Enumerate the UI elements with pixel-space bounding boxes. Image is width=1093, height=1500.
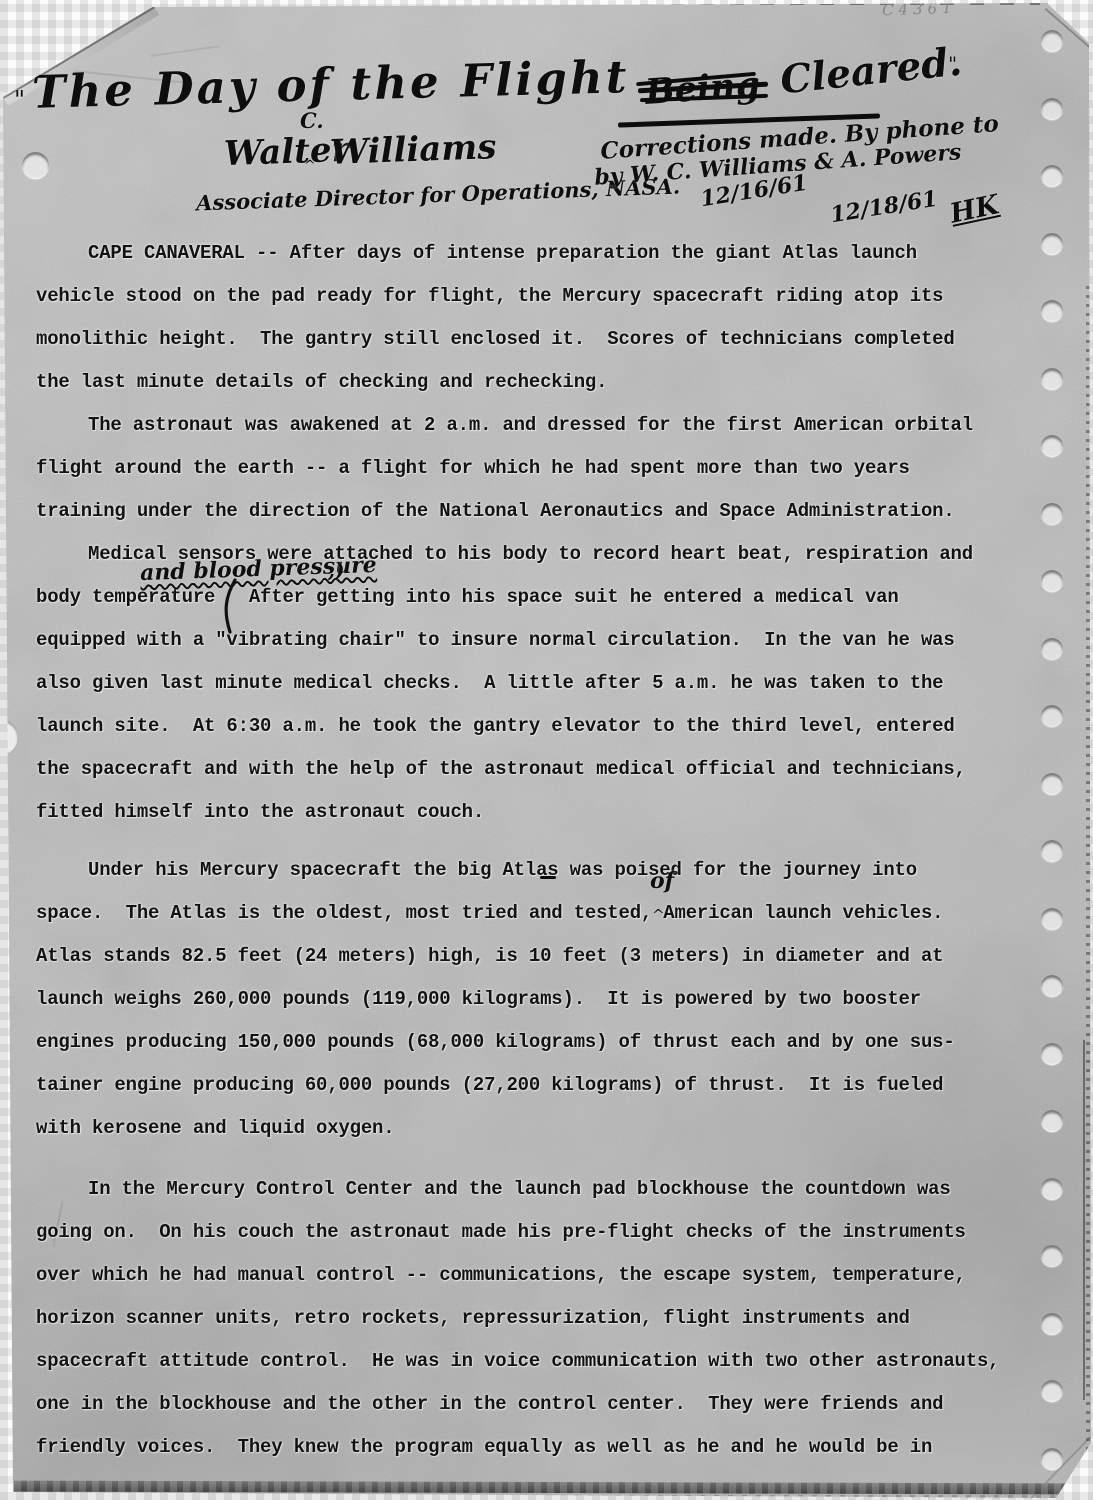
punch-hole: [1041, 1448, 1063, 1470]
punch-hole: [1041, 773, 1063, 795]
byline-last-name: Williams: [329, 127, 497, 173]
punch-hole: [1041, 840, 1063, 862]
insert-blood-pressure-mark: ,): [328, 558, 344, 582]
scan-edge-right-line: [1083, 1040, 1085, 1400]
insert-of-caret: ^: [652, 906, 665, 924]
corrections-date-2: 12/18/61: [829, 186, 940, 229]
punch-hole: [1041, 165, 1063, 187]
title-open-quote: ": [14, 86, 25, 114]
punch-hole: [1041, 1110, 1063, 1132]
punch-hole: [1041, 975, 1063, 997]
torn-notch-left: [0, 719, 18, 755]
punch-hole: [1041, 1380, 1063, 1402]
scan-edge-bottom-band: [14, 1481, 1066, 1495]
punch-hole: [1041, 1245, 1063, 1267]
insertion-slash: [218, 578, 240, 634]
cleared-annotation: Cleared.: [778, 39, 964, 104]
punch-hole: [1041, 98, 1063, 120]
initials-mark: HK: [947, 189, 1001, 230]
paragraph: The astronaut was awakened at 2 a.m. and…: [36, 404, 1046, 533]
binder-hole-left: [22, 152, 49, 179]
typed-line: tainer engine producing 60,000 pounds (2…: [36, 1064, 1046, 1107]
punch-hole: [1041, 300, 1063, 322]
scanned-document-page: " The Day of the Flight Being Cleared. "…: [0, 0, 1093, 1500]
punch-hole: [1041, 705, 1063, 727]
punch-hole: [1041, 908, 1063, 930]
punch-hole: [1041, 1178, 1063, 1200]
typed-line: monolithic height. The gantry still encl…: [36, 318, 1046, 361]
typed-line: The astronaut was awakened at 2 a.m. and…: [36, 404, 1046, 447]
typed-line: CAPE CANAVERAL -- After days of intense …: [36, 232, 1046, 275]
faint-scribble: [150, 45, 220, 57]
punch-hole: [1041, 1043, 1063, 1065]
typed-line: training under the direction of the Nati…: [36, 490, 1046, 533]
handwritten-title: The Day of the Flight: [31, 50, 630, 119]
paper-sheet: " The Day of the Flight Being Cleared. "…: [0, 0, 1093, 1500]
paragraph: In the Mercury Control Center and the la…: [36, 1168, 1046, 1469]
typed-line: the spacecraft and with the help of the …: [36, 748, 1046, 791]
torn-notch-left: [0, 1298, 12, 1325]
punch-hole: [1041, 570, 1063, 592]
cleared-quote-mark: ": [948, 52, 957, 76]
corner-pencil-mark: C4361: [882, 0, 957, 19]
byline-insert-initial: C.: [300, 108, 324, 133]
punch-hole: [1041, 1313, 1063, 1335]
byline-caret: ^: [304, 158, 316, 174]
typed-line: one in the blockhouse and the other in t…: [36, 1383, 1046, 1426]
typed-line: over which he had manual control -- comm…: [36, 1254, 1046, 1297]
typed-line: vehicle stood on the pad ready for fligh…: [36, 275, 1046, 318]
typed-line: also given last minute medical checks. A…: [36, 662, 1046, 705]
margin-print-marks: [1086, 280, 1090, 1450]
typed-line: launch weighs 260,000 pounds (119,000 ki…: [36, 978, 1046, 1021]
typed-line: In the Mercury Control Center and the la…: [36, 1168, 1046, 1211]
typed-line: equipped with a "vibrating chair" to ins…: [36, 619, 1046, 662]
punch-hole: [1041, 435, 1063, 457]
typed-line: going on. On his couch the astronaut mad…: [36, 1211, 1046, 1254]
punch-hole: [1041, 30, 1063, 52]
typed-line: engines producing 150,000 pounds (68,000…: [36, 1021, 1046, 1064]
typed-line: with kerosene and liquid oxygen.: [36, 1107, 1046, 1150]
scan-edge-bottom-ticks: [0, 1495, 1093, 1499]
small-dash-mark: [540, 876, 556, 879]
typed-line: launch site. At 6:30 a.m. he took the ga…: [36, 705, 1046, 748]
punch-hole: [1041, 503, 1063, 525]
paragraph: CAPE CANAVERAL -- After days of intense …: [36, 232, 1046, 404]
typed-line: Atlas stands 82.5 feet (24 meters) high,…: [36, 935, 1046, 978]
typed-line: space. The Atlas is the oldest, most tri…: [36, 892, 1046, 935]
paragraph: Under his Mercury spacecraft the big Atl…: [36, 849, 1046, 1150]
typed-line: spacecraft attitude control. He was in v…: [36, 1340, 1046, 1383]
insert-of: of: [650, 868, 674, 894]
typed-line: Under his Mercury spacecraft the big Atl…: [36, 849, 1046, 892]
typed-line: friendly voices. They knew the program e…: [36, 1426, 1046, 1469]
punch-hole: [1041, 233, 1063, 255]
punch-hole: [1041, 368, 1063, 390]
typed-line: horizon scanner units, retro rockets, re…: [36, 1297, 1046, 1340]
punch-hole: [1041, 638, 1063, 660]
typed-line: flight around the earth -- a flight for …: [36, 447, 1046, 490]
typed-line: fitted himself into the astronaut couch.: [36, 791, 1046, 834]
typed-line: the last minute details of checking and …: [36, 361, 1046, 404]
